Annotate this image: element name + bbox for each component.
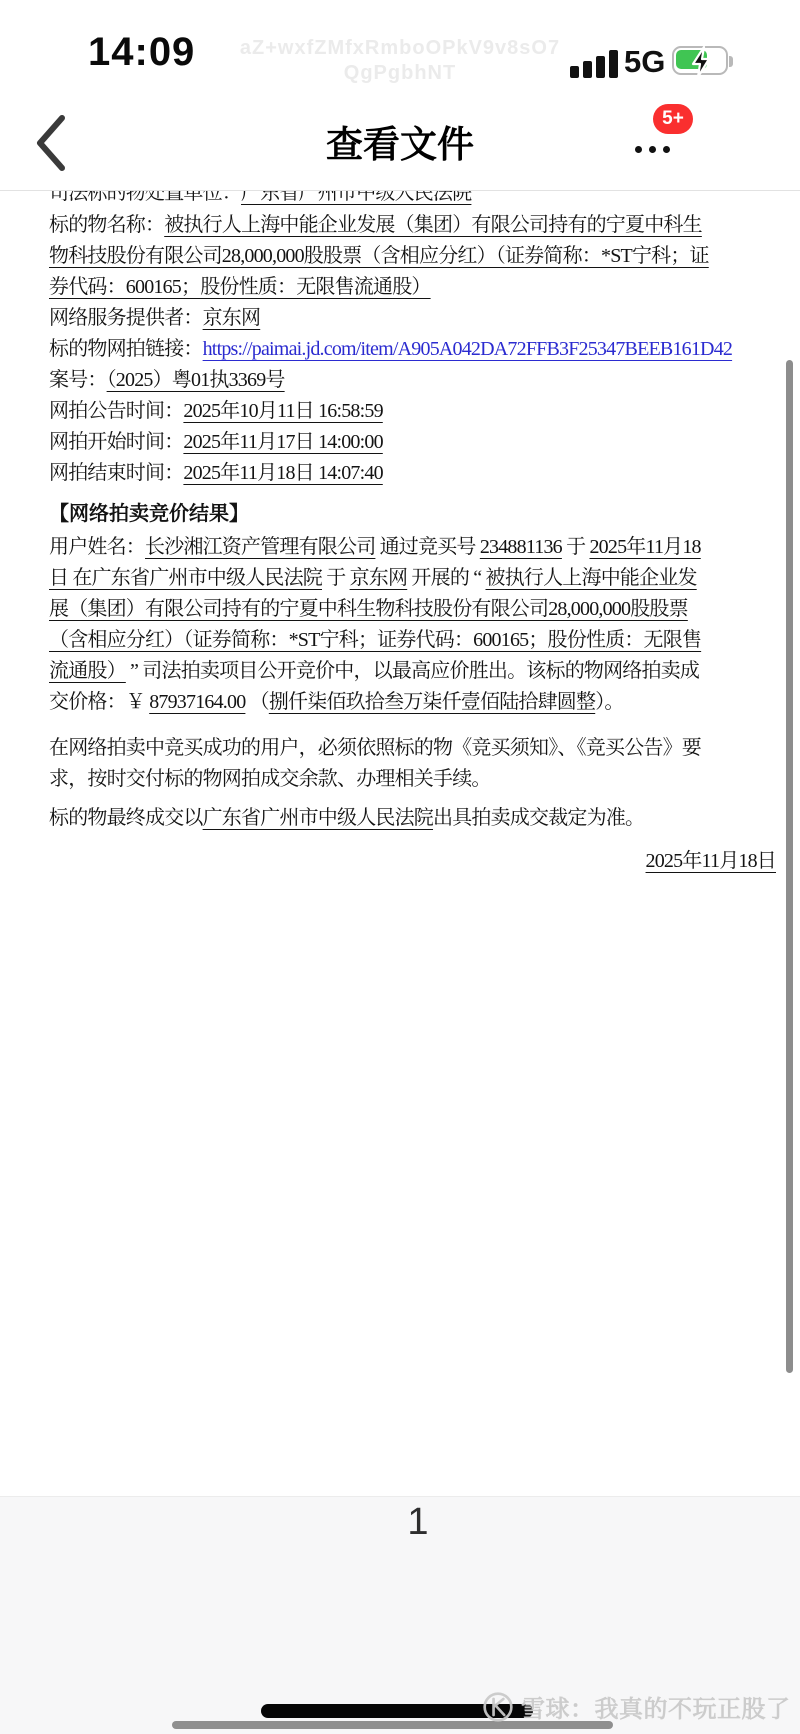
brand-watermark-text: 雪球：我真的不玩正股了 — [521, 1689, 791, 1724]
doc-paragraph: 网拍公告时间：2025年10月11日 16:58:59 — [49, 396, 714, 427]
doc-text: 开展的 “ — [407, 567, 485, 589]
doc-text: 于 — [562, 536, 590, 558]
doc-text: 用户姓名： — [49, 536, 145, 558]
doc-paragraph: 标的物最终成交以广东省广州市中级人民法院出具拍卖成交裁定为准。 — [49, 803, 714, 834]
lightning-bolt-icon — [688, 45, 714, 79]
doc-text: 网拍公告时间： — [49, 400, 183, 422]
status-bar: 14:09 aZ+wxfZMfxRmboOPkV9v8sO7 QgPgbhNT … — [0, 0, 800, 100]
doc-paragraph: 网络服务提供者：京东网 — [49, 303, 714, 334]
doc-text: ）。 — [595, 691, 623, 713]
clipped-top-line: 司法标的物处置单位：广东省广州市中级人民法院 — [49, 191, 714, 210]
doc-text: 2025年11月18日 14:07:40 — [183, 462, 382, 484]
doc-text: 广东省广州市中级人民法院 — [203, 807, 433, 829]
doc-text: 2025年10月11日 16:58:59 — [183, 400, 382, 422]
doc-text: 234881136 — [480, 536, 562, 558]
doc-text: 出具拍卖成交裁定为准。 — [433, 807, 644, 829]
cellular-signal-icon — [570, 48, 630, 78]
doc-text: 标的物最终成交以 — [49, 807, 203, 829]
battery-charging-icon — [672, 46, 728, 75]
doc-paragraph: 网拍开始时间：2025年11月17日 14:00:00 — [49, 427, 714, 458]
doc-paragraph: 网拍结束时间：2025年11月18日 14:07:40 — [49, 458, 714, 489]
doc-paragraph: 在网络拍卖中竞买成功的用户，必须依照标的物《竞买须知》、《竞买公告》要求，按时交… — [49, 733, 714, 795]
xueqiu-logo-icon — [482, 1691, 514, 1723]
doc-paragraph: 标的物网拍链接：https://paimai.jd.com/item/A905A… — [49, 334, 714, 365]
doc-text: 案号： — [49, 369, 107, 391]
battery-cap — [729, 56, 733, 67]
more-options-button[interactable] — [625, 128, 695, 174]
doc-text: 于 — [322, 567, 350, 589]
doc-text: 【网络拍卖竞价结果】 — [49, 503, 249, 525]
doc-text: 通过竞买号 — [375, 536, 479, 558]
auction-item-link[interactable]: https://paimai.jd.com/item/A905A042DA72F… — [203, 338, 732, 360]
doc-paragraph: 2025年11月18日 — [49, 846, 776, 877]
doc-text: （ — [245, 691, 268, 713]
vertical-scrollbar[interactable] — [786, 360, 793, 1373]
doc-text: 网拍开始时间： — [49, 431, 183, 453]
doc-text: 2025年11月18日 — [646, 850, 776, 872]
network-type-label: 5G — [624, 44, 665, 80]
doc-text: 京东网 — [203, 307, 261, 329]
doc-text: 标的物名称： — [49, 214, 164, 236]
doc-text: 87937164.00 — [149, 691, 245, 713]
phone-screen: 14:09 aZ+wxfZMfxRmboOPkV9v8sO7 QgPgbhNT … — [0, 0, 800, 1734]
doc-paragraph: 用户姓名：长沙湘江资产管理有限公司 通过竞买号 234881136 于 2025… — [49, 532, 714, 718]
doc-text: 司法标的物处置单位： — [49, 191, 241, 204]
doc-text: （2025）粤01执3369号 — [107, 369, 285, 391]
doc-text: 在网络拍卖中竞买成功的用户，必须依照标的物《竞买须知》、《竞买公告》要求，按时交… — [49, 737, 701, 790]
doc-text: 标的物网拍链接： — [49, 338, 203, 360]
doc-paragraph: 标的物名称：被执行人上海中能企业发展（集团）有限公司持有的宁夏中科生物科技股份有… — [49, 210, 714, 303]
doc-text: 长沙湘江资产管理有限公司 — [145, 536, 375, 558]
doc-text: 2025年11月17日 14:00:00 — [183, 431, 382, 453]
page-number: 1 — [18, 1501, 800, 1544]
doc-text: 捌仟柒佰玖拾叁万柒仟壹佰陆拾肆圆整 — [269, 691, 595, 713]
notification-badge: 5+ — [653, 104, 693, 134]
document-body[interactable]: 司法标的物处置单位：广东省广州市中级人民法院标的物名称：被执行人上海中能企业发展… — [0, 190, 800, 1496]
doc-text: 网拍结束时间： — [49, 462, 183, 484]
doc-text: 京东网 — [350, 567, 408, 589]
doc-paragraph: 【网络拍卖竞价结果】 — [49, 499, 714, 530]
doc-paragraph: 案号：（2025）粤01执3369号 — [49, 365, 714, 396]
doc-text: 广东省广州市中级人民法院 — [241, 191, 471, 204]
brand-watermark: 雪球：我真的不玩正股了 — [482, 1689, 791, 1724]
doc-paragraph: 司法标的物处置单位：广东省广州市中级人民法院 — [49, 191, 714, 209]
doc-text: 网络服务提供者： — [49, 307, 203, 329]
